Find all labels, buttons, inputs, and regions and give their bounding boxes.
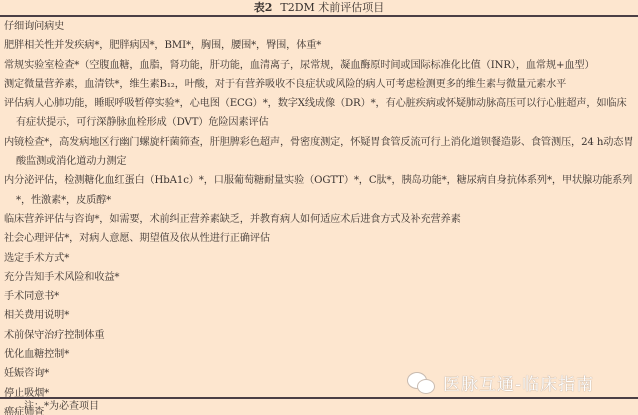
- table-number: 表2: [254, 1, 273, 14]
- table-row: 评估病人心肺功能，睡眠呼吸暂停实验*，心电图（ECG）*，数字X线成像（DR）*…: [4, 94, 634, 133]
- table-row: 社会心理评估*，对病人意愿、期望值及依从性进行正确评估: [4, 229, 634, 248]
- table-row: 相关费用说明*: [4, 306, 634, 325]
- table-row: 内分泌评估，检测糖化血红蛋白（HbA1c）*，口服葡萄糖耐量实验（OGTT）*，…: [4, 171, 634, 210]
- table-row: 优化血糖控制*: [4, 345, 634, 364]
- table-row: 肥胖相关性并发疾病*，肥胖病因*，BMI*，胸围，腰围*，臀围，体重*: [4, 36, 634, 55]
- table-row: 术前保守治疗控制体重: [4, 326, 634, 345]
- table-row: 仔细询问病史: [4, 17, 634, 36]
- table-row: 常规实验室检查*（空腹血糖，血脂，肾功能，肝功能，血清离子，尿常规，凝血酶原时间…: [4, 56, 634, 75]
- wechat-icon: [407, 371, 437, 395]
- table-body: 仔细询问病史 肥胖相关性并发疾病*，肥胖病因*，BMI*，胸围，腰围*，臀围，体…: [4, 17, 634, 415]
- table-title: T2DM 术前评估项目: [280, 1, 384, 14]
- watermark: 医脉互通-临床指南: [407, 370, 594, 395]
- table-row: 充分告知手术风险和收益*: [4, 268, 634, 287]
- table-row: 临床营养评估与咨询*，如需要，术前纠正营养素缺乏，并教育病人如何适应术后进食方式…: [4, 210, 634, 229]
- table-caption: 表2T2DM 术前评估项目: [0, 0, 638, 15]
- table-row: 选定手术方式*: [4, 249, 634, 268]
- watermark-text: 医脉互通-临床指南: [443, 370, 594, 395]
- table-row: 手术同意书*: [4, 287, 634, 306]
- table-row: 测定微量营养素，血清铁*，维生素B₁₂，叶酸，对于有营养吸收不良症状或风险的病人…: [4, 75, 634, 94]
- table-row: 内镜检查*，高发病地区行幽门螺旋杆菌筛查，肝胆脾彩色超声，骨密度测定，怀疑胃食管…: [4, 133, 634, 172]
- table-note: 注：*为必查项目: [24, 399, 99, 414]
